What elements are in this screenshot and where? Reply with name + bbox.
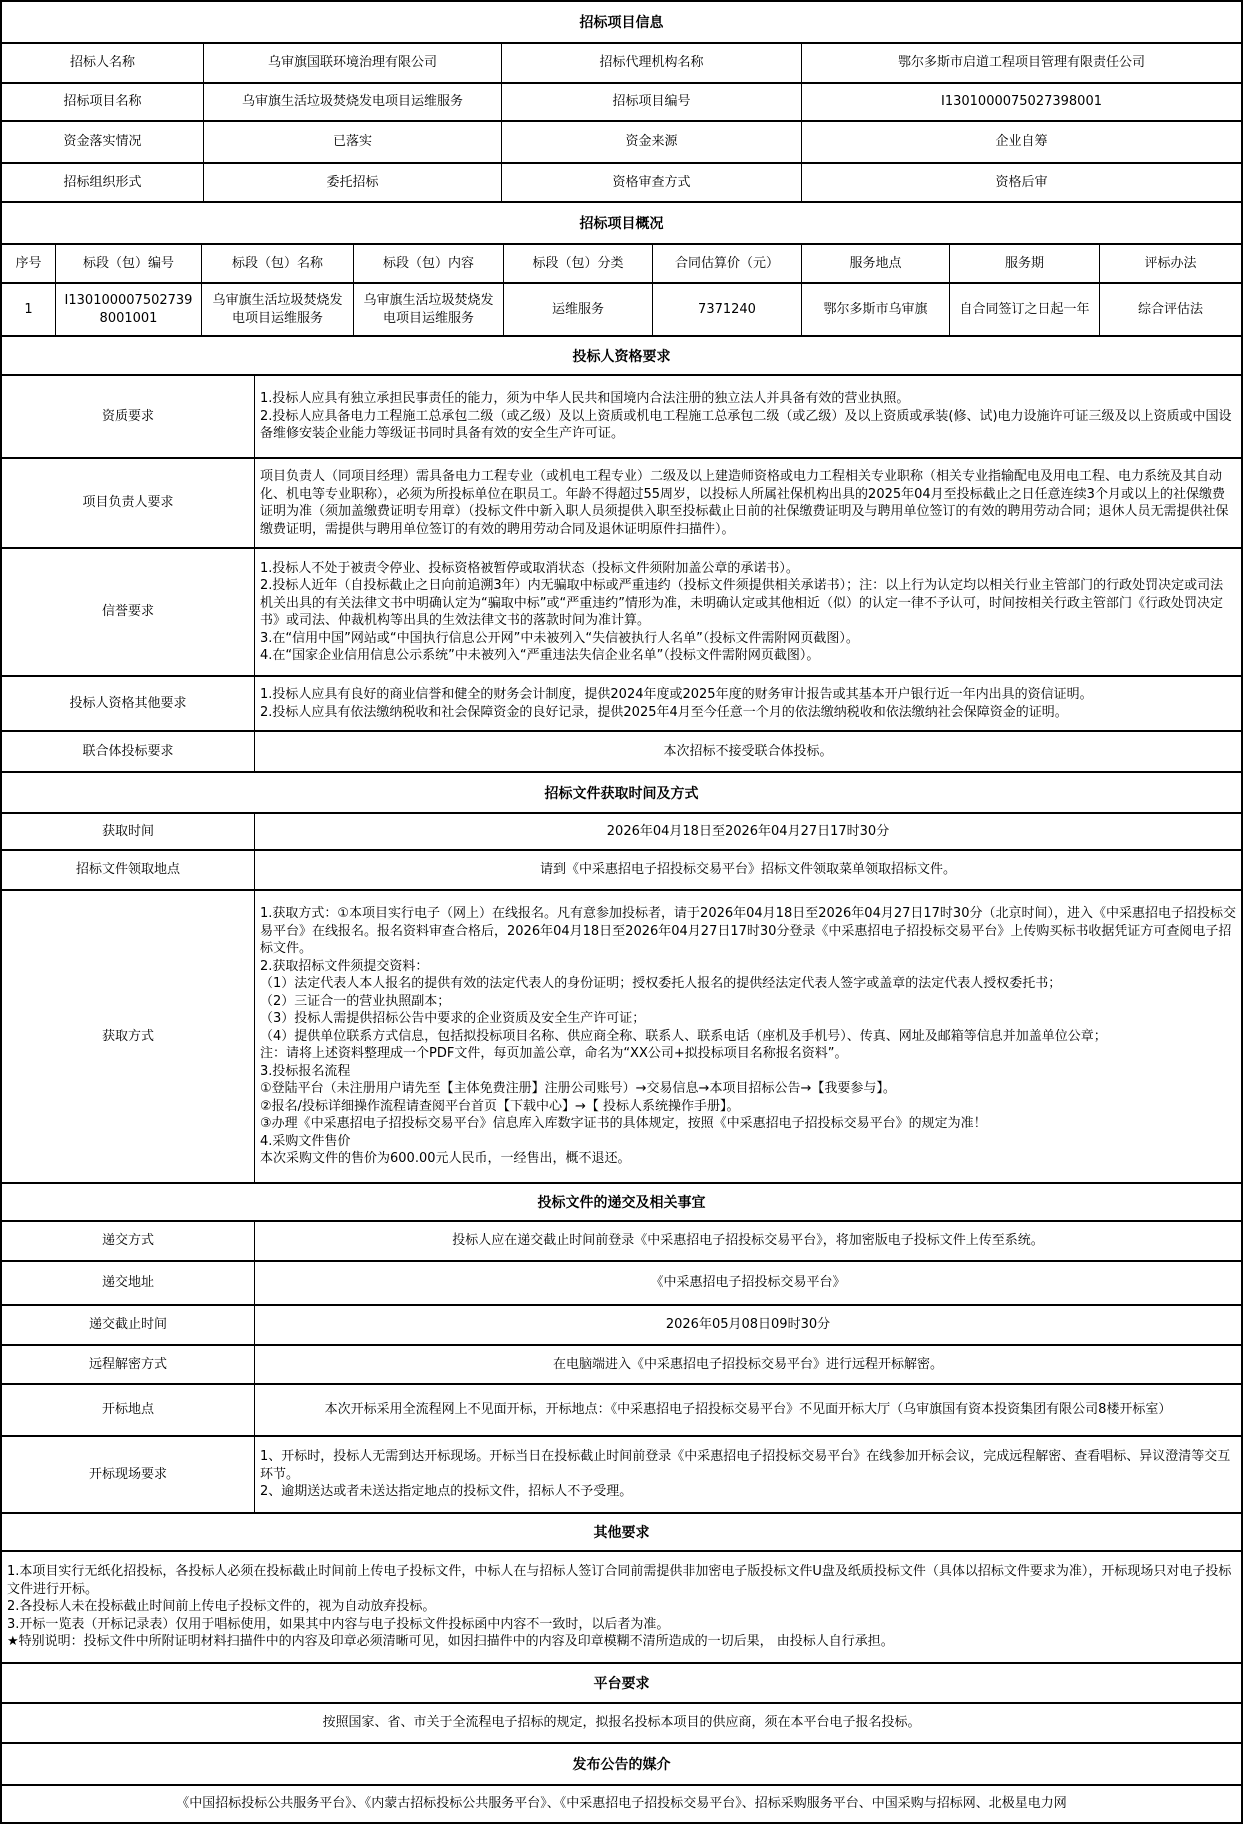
table-header-cell: 标段（包）名称 [201, 245, 353, 282]
table-cell-category: 运维服务 [503, 284, 652, 335]
submission-content-cell: 本次开标采用全流程网上不见面开标，开标地点：《中采惠招电子招投标交易平台》不见面… [254, 1385, 1241, 1435]
info-label-cell: 招标组织形式 [2, 164, 203, 201]
media-content-row: 《中国招标投标公共服务平台》、《内蒙古招标投标公共服务平台》、《中采惠招电子招投… [2, 1784, 1241, 1822]
table-cell-price: 7371240 [652, 284, 801, 335]
obtain-label-cell: 获取方式 [2, 891, 254, 1182]
req-label-cell: 投标人资格其他要求 [2, 677, 254, 730]
section-title-media: 发布公告的媒介 [2, 1742, 1241, 1784]
submission-row: 递交方式 投标人应在递交截止时间前登录《中采惠招电子招投标交易平台》，将加密版电… [2, 1220, 1241, 1260]
submission-label-cell: 递交地址 [2, 1262, 254, 1304]
obtain-row: 招标文件领取地点 请到《中采惠招电子招投标交易平台》招标文件领取菜单领取招标文件… [2, 849, 1241, 889]
req-row: 信誉要求 1.投标人不处于被责令停业、投标资格被暂停或取消状态（投标文件须附加盖… [2, 547, 1241, 675]
table-cell-content: 乌审旗生活垃圾焚烧发电项目运维服务 [353, 284, 503, 335]
submission-label-cell: 开标地点 [2, 1385, 254, 1435]
submission-label-cell: 开标现场要求 [2, 1437, 254, 1512]
table-header-cell: 标段（包）内容 [353, 245, 503, 282]
table-header-cell: 服务地点 [801, 245, 949, 282]
obtain-label-cell: 招标文件领取地点 [2, 851, 254, 889]
media-content-cell: 《中国招标投标公共服务平台》、《内蒙古招标投标公共服务平台》、《中采惠招电子招投… [2, 1786, 1241, 1822]
obtain-content-cell: 请到《中采惠招电子招投标交易平台》招标文件领取菜单领取招标文件。 [254, 851, 1241, 889]
submission-content-cell: 在电脑端进入《中采惠招电子招投标交易平台》进行远程开标解密。 [254, 1346, 1241, 1383]
info-value-cell: I1301000075027398001 [801, 84, 1241, 120]
req-label-cell: 项目负责人要求 [2, 459, 254, 547]
info-label-cell: 资格审查方式 [501, 164, 801, 201]
info-value-cell: 资格后审 [801, 164, 1241, 201]
obtain-content-cell: 2026年04月18日至2026年04月27日17时30分 [254, 814, 1241, 849]
req-row: 投标人资格其他要求 1.投标人应具有良好的商业信誉和健全的财务会计制度，提供20… [2, 675, 1241, 730]
obtain-content-cell: 1.获取方式：①本项目实行电子（网上）在线报名。凡有意参加投标者，请于2026年… [254, 891, 1241, 1182]
info-label-cell: 招标代理机构名称 [501, 44, 801, 82]
submission-label-cell: 远程解密方式 [2, 1346, 254, 1383]
submission-content-cell: 2026年05月08日09时30分 [254, 1306, 1241, 1344]
other-content-row: 1.本项目实行无纸化招投标，各投标人必须在投标截止时间前上传电子投标文件，中标人… [2, 1550, 1241, 1662]
platform-content-row: 按照国家、省、市关于全流程电子招标的规定，拟报名投标本项目的供应商，须在本平台电… [2, 1702, 1241, 1742]
table-header-cell: 标段（包）分类 [503, 245, 652, 282]
info-row: 招标组织形式 委托招标 资格审查方式 资格后审 [2, 162, 1241, 201]
submission-row: 开标现场要求 1、开标时，投标人无需到达开标现场。开标当日在投标截止时间前登录《… [2, 1435, 1241, 1512]
info-value-cell: 鄂尔多斯市启道工程项目管理有限责任公司 [801, 44, 1241, 82]
submission-content-cell: 投标人应在递交截止时间前登录《中采惠招电子招投标交易平台》，将加密版电子投标文件… [254, 1222, 1241, 1260]
req-row: 联合体投标要求 本次招标不接受联合体投标。 [2, 730, 1241, 771]
req-row: 资质要求 1.投标人应具有独立承担民事责任的能力，须为中华人民共和国境内合法注册… [2, 374, 1241, 457]
req-content-cell: 1.投标人不处于被责令停业、投标资格被暂停或取消状态（投标文件须附加盖公章的承诺… [254, 549, 1241, 675]
submission-row: 远程解密方式 在电脑端进入《中采惠招电子招投标交易平台》进行远程开标解密。 [2, 1344, 1241, 1383]
tender-document: 招标项目信息 招标人名称 乌审旗国联环境治理有限公司 招标代理机构名称 鄂尔多斯… [0, 0, 1243, 1824]
obtain-row: 获取方式 1.获取方式：①本项目实行电子（网上）在线报名。凡有意参加投标者，请于… [2, 889, 1241, 1182]
table-cell-name: 乌审旗生活垃圾焚烧发电项目运维服务 [201, 284, 353, 335]
info-label-cell: 资金落实情况 [2, 122, 203, 162]
info-value-cell: 企业自筹 [801, 122, 1241, 162]
table-cell-evaluation: 综合评估法 [1099, 284, 1241, 335]
table-header-cell: 序号 [2, 245, 55, 282]
section-title-obtain: 招标文件获取时间及方式 [2, 771, 1241, 812]
req-content-cell: 本次招标不接受联合体投标。 [254, 732, 1241, 771]
section-title-qualification: 投标人资格要求 [2, 335, 1241, 374]
section-title-platform: 平台要求 [2, 1662, 1241, 1702]
table-cell-section-no: I1301000075027398001001 [55, 284, 201, 335]
req-content-cell: 1.投标人应具有独立承担民事责任的能力，须为中华人民共和国境内合法注册的独立法人… [254, 376, 1241, 457]
table-cell-location: 鄂尔多斯市乌审旗 [801, 284, 949, 335]
submission-row: 开标地点 本次开标采用全流程网上不见面开标，开标地点：《中采惠招电子招投标交易平… [2, 1383, 1241, 1435]
info-label-cell: 招标人名称 [2, 44, 203, 82]
table-cell-seq: 1 [2, 284, 55, 335]
info-value-cell: 乌审旗国联环境治理有限公司 [203, 44, 501, 82]
submission-row: 递交地址 《中采惠招电子招投标交易平台》 [2, 1260, 1241, 1304]
info-row: 资金落实情况 已落实 资金来源 企业自筹 [2, 120, 1241, 162]
info-label-cell: 资金来源 [501, 122, 801, 162]
table-header-cell: 服务期 [949, 245, 1099, 282]
obtain-row: 获取时间 2026年04月18日至2026年04月27日17时30分 [2, 812, 1241, 849]
submission-label-cell: 递交截止时间 [2, 1306, 254, 1344]
info-row: 招标人名称 乌审旗国联环境治理有限公司 招标代理机构名称 鄂尔多斯市启道工程项目… [2, 42, 1241, 82]
info-value-cell: 乌审旗生活垃圾焚烧发电项目运维服务 [203, 84, 501, 120]
overview-header-row: 序号 标段（包）编号 标段（包）名称 标段（包）内容 标段（包）分类 合同估算价… [2, 243, 1241, 282]
section-title-submission: 投标文件的递交及相关事宜 [2, 1182, 1241, 1220]
table-header-cell: 标段（包）编号 [55, 245, 201, 282]
section-title-project-info: 招标项目信息 [2, 2, 1241, 42]
info-row: 招标项目名称 乌审旗生活垃圾焚烧发电项目运维服务 招标项目编号 I1301000… [2, 82, 1241, 120]
req-label-cell: 资质要求 [2, 376, 254, 457]
req-label-cell: 信誉要求 [2, 549, 254, 675]
table-cell-period: 自合同签订之日起一年 [949, 284, 1099, 335]
submission-content-cell: 《中采惠招电子招投标交易平台》 [254, 1262, 1241, 1304]
info-value-cell: 委托招标 [203, 164, 501, 201]
submission-content-cell: 1、开标时，投标人无需到达开标现场。开标当日在投标截止时间前登录《中采惠招电子招… [254, 1437, 1241, 1512]
platform-content-cell: 按照国家、省、市关于全流程电子招标的规定，拟报名投标本项目的供应商，须在本平台电… [2, 1704, 1241, 1742]
section-title-overview: 招标项目概况 [2, 201, 1241, 243]
other-content-cell: 1.本项目实行无纸化招投标，各投标人必须在投标截止时间前上传电子投标文件，中标人… [2, 1552, 1241, 1662]
req-label-cell: 联合体投标要求 [2, 732, 254, 771]
req-content-cell: 1.投标人应具有良好的商业信誉和健全的财务会计制度，提供2024年度或2025年… [254, 677, 1241, 730]
obtain-label-cell: 获取时间 [2, 814, 254, 849]
info-label-cell: 招标项目名称 [2, 84, 203, 120]
req-row: 项目负责人要求 项目负责人（同项目经理）需具备电力工程专业（或机电工程专业）二级… [2, 457, 1241, 547]
submission-label-cell: 递交方式 [2, 1222, 254, 1260]
info-value-cell: 已落实 [203, 122, 501, 162]
submission-row: 递交截止时间 2026年05月08日09时30分 [2, 1304, 1241, 1344]
table-header-cell: 合同估算价（元） [652, 245, 801, 282]
info-label-cell: 招标项目编号 [501, 84, 801, 120]
section-title-other: 其他要求 [2, 1512, 1241, 1550]
table-header-cell: 评标办法 [1099, 245, 1241, 282]
overview-data-row: 1 I1301000075027398001001 乌审旗生活垃圾焚烧发电项目运… [2, 282, 1241, 335]
req-content-cell: 项目负责人（同项目经理）需具备电力工程专业（或机电工程专业）二级及以上建造师资格… [254, 459, 1241, 547]
